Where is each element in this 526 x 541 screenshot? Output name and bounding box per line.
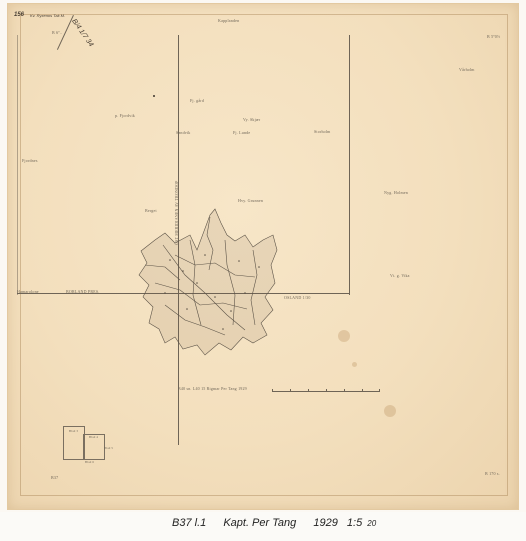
place-label: Sandvik — [176, 130, 191, 135]
place-label: p. Fjordvik — [115, 113, 135, 118]
place-label: Vårholm — [459, 67, 475, 72]
place-label: Hvy. Grunnen — [238, 198, 263, 203]
scale-tick — [290, 389, 291, 392]
scale-bar — [272, 391, 380, 392]
top-center-label: Kapplanden — [218, 18, 239, 23]
scale-tick — [379, 389, 380, 392]
scale-tick — [272, 389, 273, 392]
inset-label-a: Blad 3 — [69, 429, 78, 433]
west-line-mid-label: BORLAND PRES. — [66, 289, 100, 294]
scale-tick — [344, 389, 345, 392]
bottom-left-marker: B37 — [51, 475, 58, 480]
place-label: Vt. g. Vika — [390, 273, 410, 278]
top-right-coordinate: B 5º0½ — [487, 34, 500, 39]
place-label: Nyg. Holmen — [384, 190, 408, 195]
place-label: Fj. gård — [190, 98, 204, 103]
caption-scale: 1:5 — [347, 517, 362, 529]
scale-tick — [362, 389, 363, 392]
caption-scale-suffix: 20 — [367, 519, 376, 528]
top-left-text: Kv. Ryxenos Tak M. — [30, 13, 65, 18]
scale-tick — [308, 389, 309, 392]
map-caption: B37 l.1 Kapt. Per Tang 1929 1:5 20 — [172, 517, 390, 529]
inset-label-b: Blad 4 — [89, 435, 98, 439]
place-label: Fj. Lunde — [233, 130, 250, 135]
scale-tick — [326, 389, 327, 392]
archipelago-drawing — [135, 205, 285, 360]
west-boundary-line — [17, 35, 18, 295]
stain — [352, 362, 357, 367]
east-boundary-line — [349, 35, 350, 295]
place-label: Storholm — [314, 129, 331, 134]
top-left-coordinate: B 6º.. — [52, 30, 62, 35]
place-label: Fjordnes — [22, 158, 38, 163]
caption-surveyor: Kapt. Per Tang — [223, 517, 296, 529]
caption-sheet-id: B37 l.1 — [172, 517, 206, 529]
east-line-label: OSLAND 1/30 — [284, 295, 311, 300]
inset-label-c: Blad 5 — [104, 446, 113, 450]
stain — [338, 330, 350, 342]
caption-year: 1929 — [313, 517, 337, 529]
survey-legend-text: B40 sn. L40 15 Rigmar Per Tang 1929 — [178, 386, 247, 391]
survey-point-icon — [153, 95, 155, 97]
stain — [384, 405, 396, 417]
west-line-left-label: Hamarolone — [17, 289, 39, 294]
top-left-number: 156 — [14, 12, 24, 18]
place-label: Vy. Skjær — [243, 117, 260, 122]
bottom-right-coordinate: B 170 s. — [485, 471, 500, 476]
inset-label-d: Blad 6 — [85, 460, 94, 464]
